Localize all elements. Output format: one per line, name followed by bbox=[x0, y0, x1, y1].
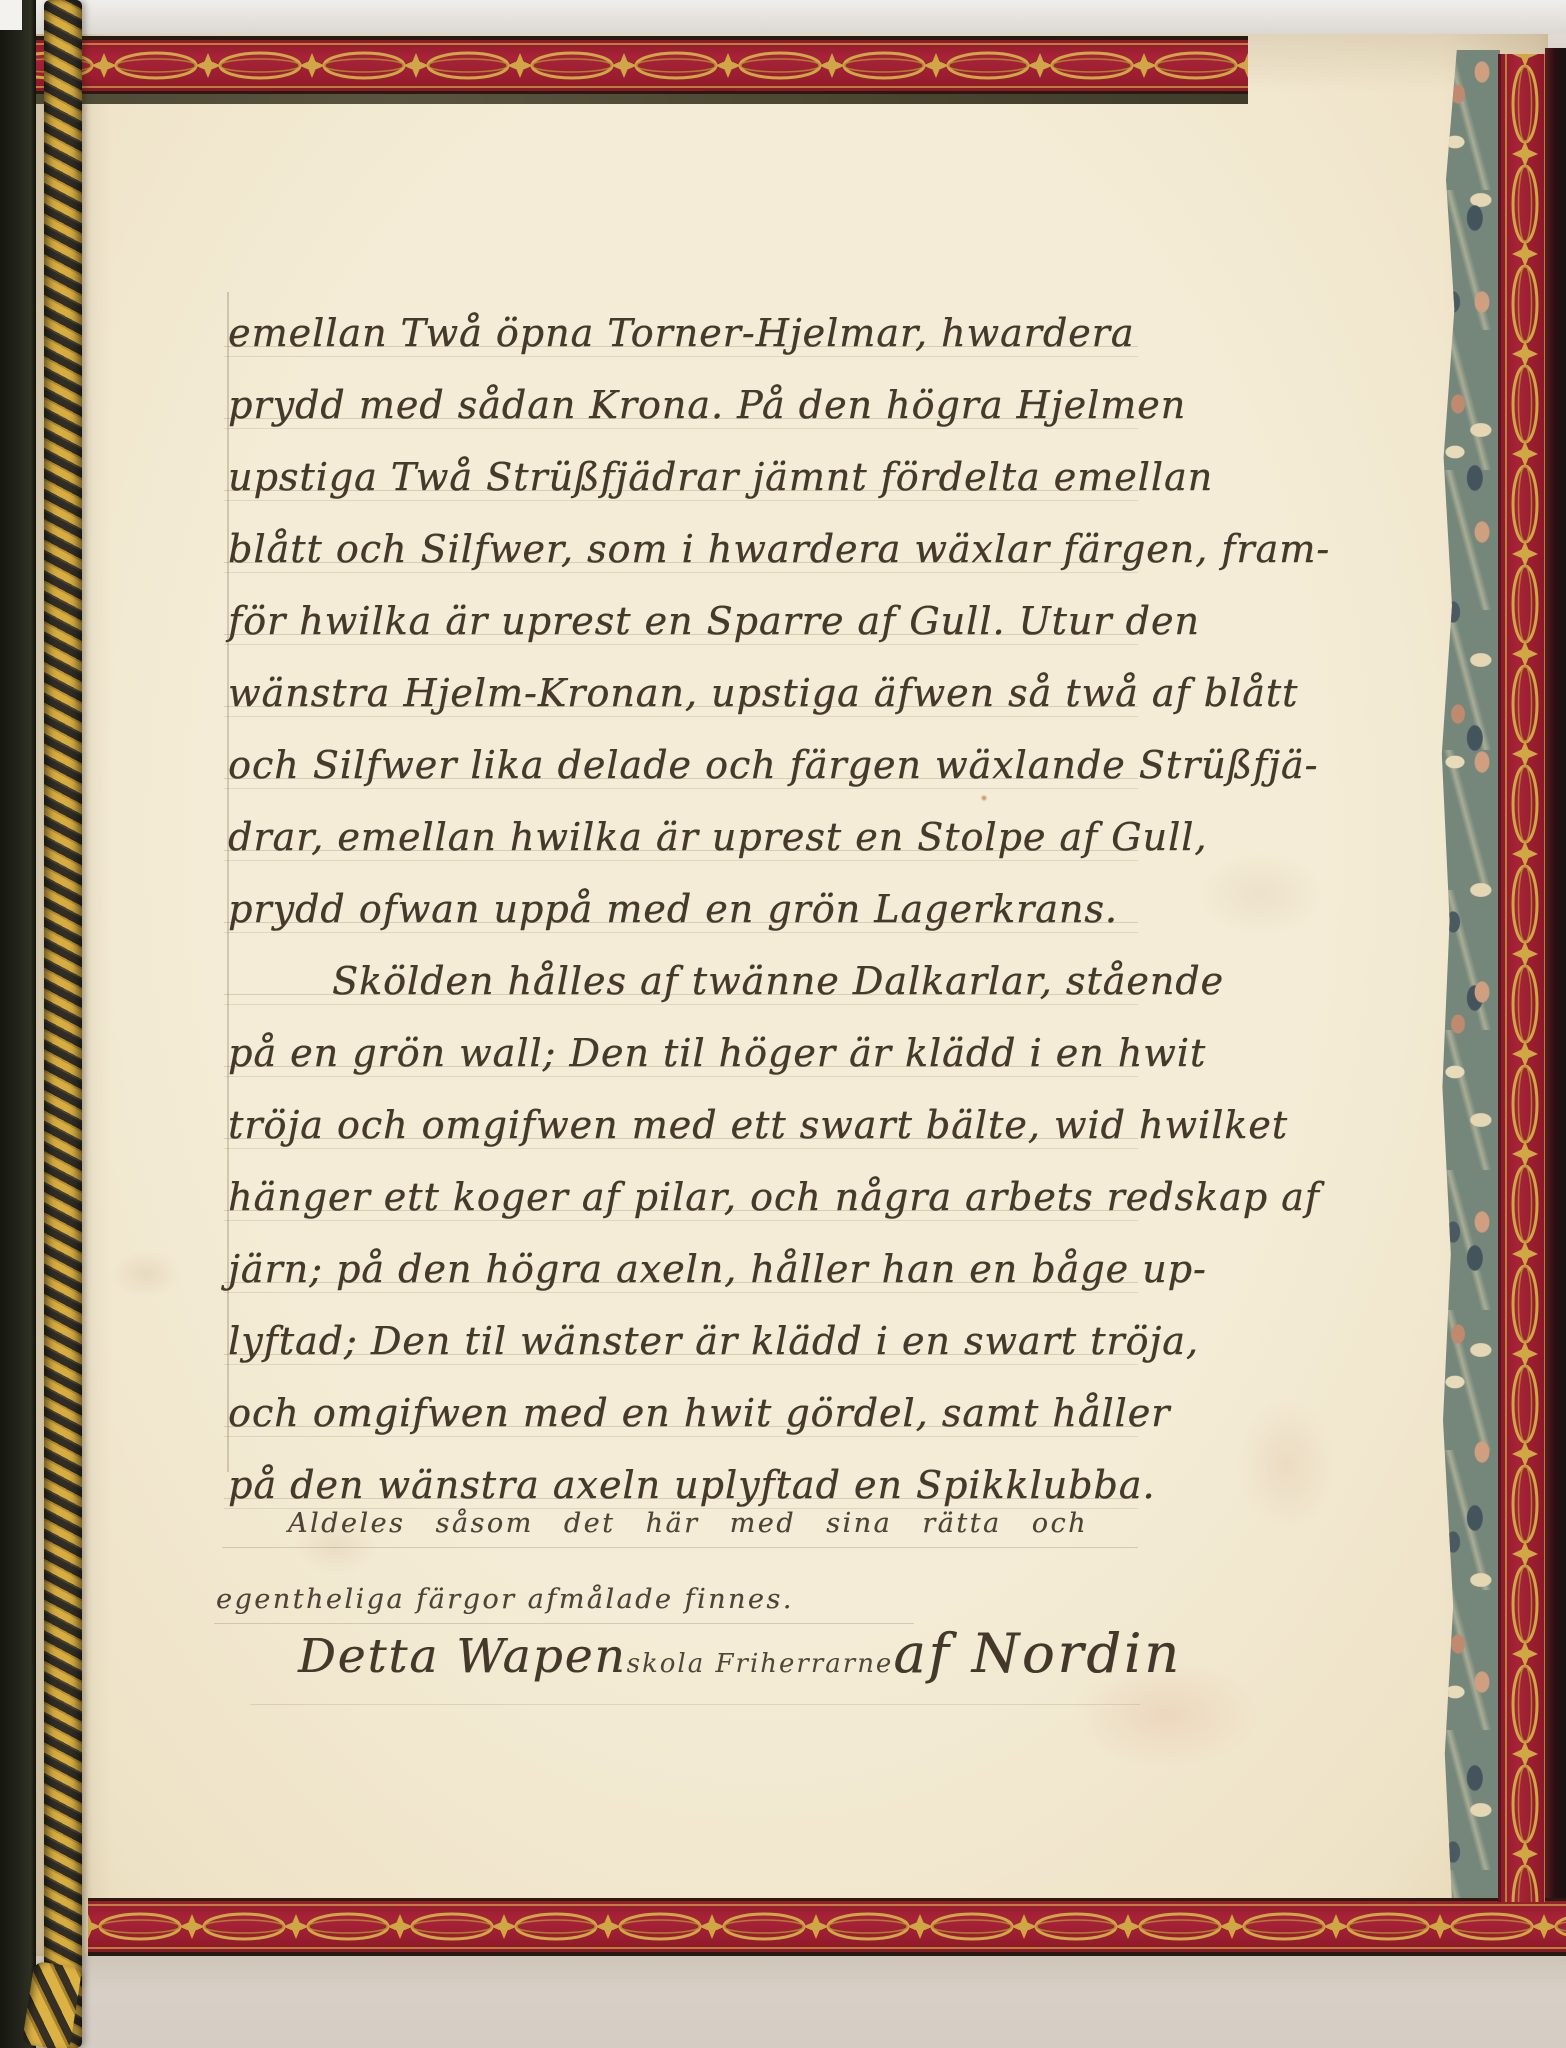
closing-line: Detta Wapen skola Friherrarne af Nordin bbox=[298, 1622, 1160, 1718]
closing-name: af Nordin bbox=[893, 1622, 1182, 1685]
book-spine-edge bbox=[0, 0, 36, 2048]
gold-chain-pattern-top bbox=[0, 40, 1248, 91]
manuscript-line: och Silfwer lika delade och färgen wäxla… bbox=[228, 732, 1133, 804]
cover-turn-in-edge bbox=[36, 94, 1248, 104]
manuscript-line: emellan Twå öpna Torner-Hjelmar, hwarder… bbox=[228, 300, 1133, 372]
attestation-note-line: egentheliga färgor afmålade finnes. bbox=[216, 1572, 794, 1628]
closing-middle-words: skola Friherrarne bbox=[627, 1649, 894, 1679]
manuscript-line: blått och Silfwer, som i hwardera wäxlar… bbox=[228, 516, 1133, 588]
manuscript-line: wänstra Hjelm-Kronan, upstiga äfwen så t… bbox=[228, 660, 1133, 732]
manuscript-line: på en grön wall; Den til höger är klädd … bbox=[228, 1020, 1133, 1092]
binding-cord bbox=[44, 0, 82, 2048]
photo-background-top bbox=[0, 0, 1566, 34]
attestation-note-line: Aldeles såsom det här med sina rätta och bbox=[288, 1496, 1088, 1552]
manuscript-line: hänger ett koger af pilar, och några arb… bbox=[228, 1164, 1133, 1236]
manuscript-line: och omgifwen med en hwit gördel, samt hå… bbox=[228, 1380, 1078, 1452]
manuscript-line: Skölden hålles af twänne Dalkarlar, ståe… bbox=[332, 948, 1132, 1020]
manuscript-line: drar, emellan hwilka är uprest en Stolpe… bbox=[228, 804, 1133, 876]
gold-chain-pattern-right bbox=[1501, 54, 1545, 1902]
closing-opening-words: Detta Wapen bbox=[298, 1629, 627, 1684]
manuscript-line: lyftad; Den til wänster är klädd i en sw… bbox=[228, 1308, 1133, 1380]
gold-tooled-border-right bbox=[1498, 54, 1545, 1902]
manuscript-line: tröja och omgifwen med ett swart bälte, … bbox=[228, 1092, 1133, 1164]
manuscript-line: för hwilka är uprest en Sparre af Gull. … bbox=[228, 588, 1133, 660]
manuscript-line: upstiga Twå Strüßfjädrar jämnt fördelta … bbox=[228, 444, 1133, 516]
gold-chain-pattern-bottom bbox=[88, 1901, 1566, 1952]
manuscript-line: prydd med sådan Krona. På den högra Hjel… bbox=[228, 372, 1133, 444]
corner-chip bbox=[0, 0, 22, 30]
gold-tooled-border-bottom bbox=[88, 1898, 1566, 1956]
photo-of-manuscript-book: emellan Twå öpna Torner-Hjelmar, hwarder… bbox=[0, 0, 1566, 2048]
gold-tooled-border-top bbox=[0, 36, 1248, 94]
manuscript-line: järn; på den högra axeln, håller han en … bbox=[228, 1236, 1133, 1308]
manuscript-line: prydd ofwan uppå med en grön Lagerkrans. bbox=[228, 876, 958, 948]
photo-background-bottom bbox=[36, 1956, 1566, 2048]
cover-edge-right bbox=[1545, 48, 1566, 1904]
